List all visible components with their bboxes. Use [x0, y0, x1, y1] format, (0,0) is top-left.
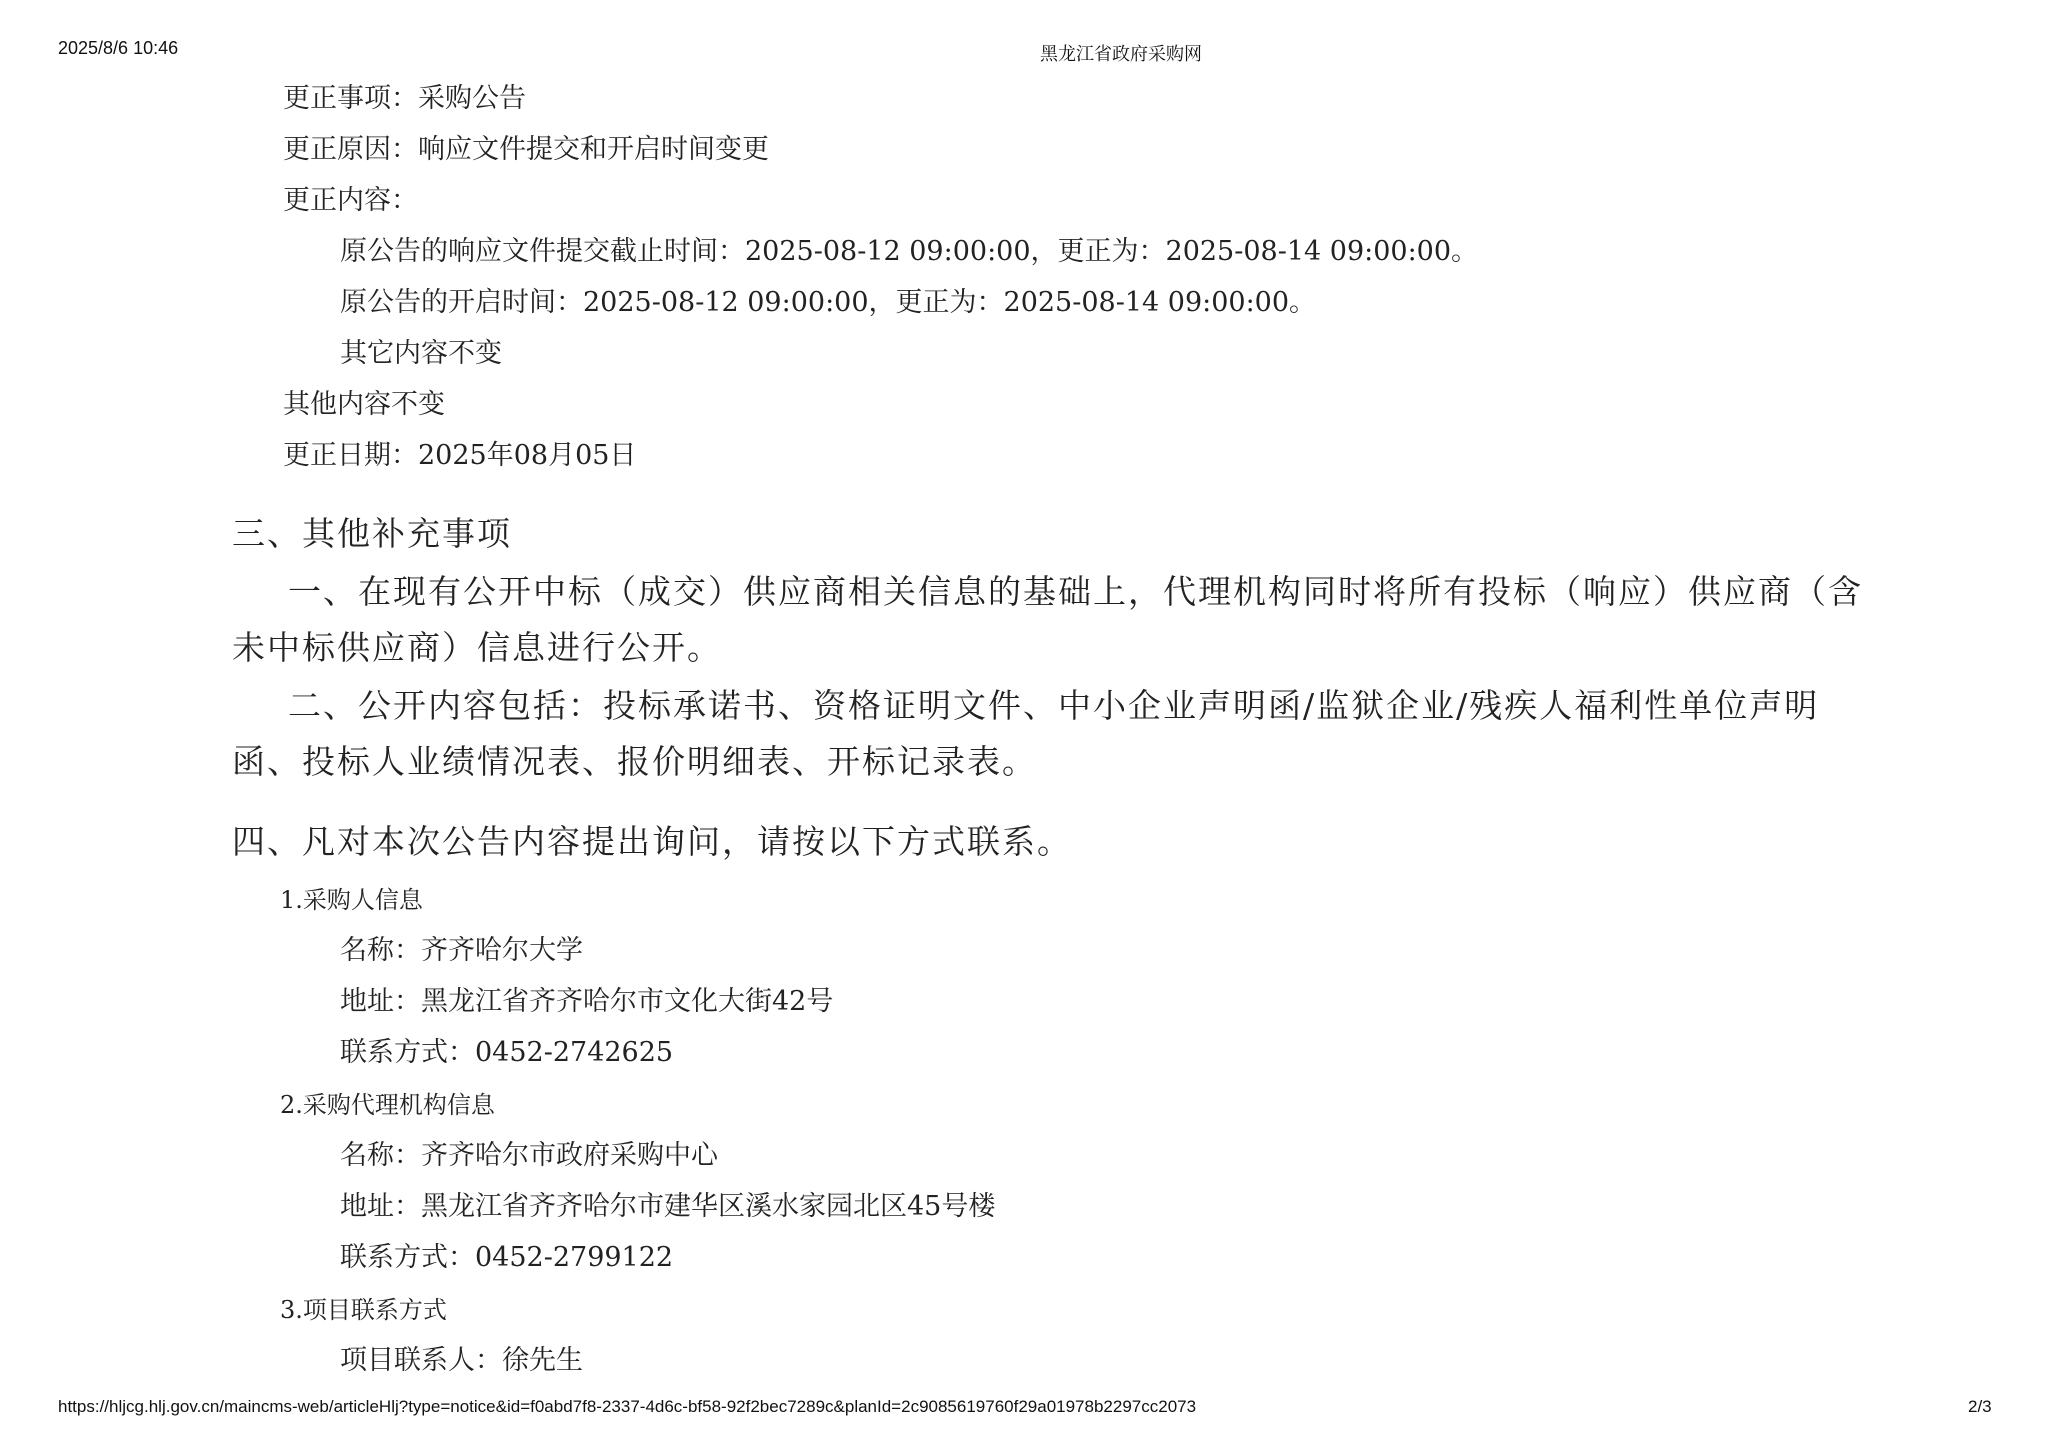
purchaser-address: 地址：黑龙江省齐齐哈尔市文化大街42号	[340, 979, 833, 1018]
correction-item: 更正事项：采购公告	[283, 76, 526, 115]
correction-content-line: 原公告的开启时间：2025-08-12 09:00:00，更正为：2025-08…	[340, 280, 1316, 319]
agency-title: 2.采购代理机构信息	[280, 1085, 495, 1120]
section-3-paragraph-2: 二、公开内容包括：投标承诺书、资格证明文件、中小企业声明函/监狱企业/残疾人福利…	[288, 680, 1819, 727]
section-4-heading: 四、凡对本次公告内容提出询问，请按以下方式联系。	[232, 816, 1072, 863]
purchaser-name: 名称：齐齐哈尔大学	[340, 928, 583, 967]
section-3-heading: 三、其他补充事项	[232, 508, 512, 555]
page-url: https://hljcg.hlj.gov.cn/maincms-web/art…	[58, 1397, 1196, 1417]
agency-name: 名称：齐齐哈尔市政府采购中心	[340, 1133, 718, 1172]
agency-address: 地址：黑龙江省齐齐哈尔市建华区溪水家园北区45号楼	[340, 1184, 995, 1223]
print-datetime: 2025/8/6 10:46	[58, 38, 178, 59]
section-3-paragraph-1-cont: 未中标供应商）信息进行公开。	[232, 622, 722, 669]
section-3-paragraph-2-cont: 函、投标人业绩情况表、报价明细表、开标记录表。	[232, 736, 1037, 783]
correction-reason: 更正原因：响应文件提交和开启时间变更	[283, 127, 769, 166]
page-number: 2/3	[1968, 1397, 1992, 1417]
correction-content-line: 原公告的响应文件提交截止时间：2025-08-12 09:00:00，更正为：2…	[340, 229, 1478, 268]
project-contact-title: 3.项目联系方式	[280, 1290, 447, 1325]
purchaser-title: 1.采购人信息	[280, 880, 423, 915]
site-title: 黑龙江省政府采购网	[1040, 40, 1202, 66]
agency-phone: 联系方式：0452-2799122	[340, 1235, 673, 1274]
project-contact-person: 项目联系人：徐先生	[340, 1338, 583, 1377]
section-3-paragraph-1: 一、在现有公开中标（成交）供应商相关信息的基础上，代理机构同时将所有投标（响应）…	[288, 566, 1863, 613]
correction-date: 更正日期：2025年08月05日	[283, 433, 636, 472]
purchaser-phone: 联系方式：0452-2742625	[340, 1030, 673, 1069]
correction-other: 其他内容不变	[283, 382, 445, 421]
correction-content-label: 更正内容：	[283, 178, 418, 217]
correction-content-line: 其它内容不变	[340, 331, 502, 370]
